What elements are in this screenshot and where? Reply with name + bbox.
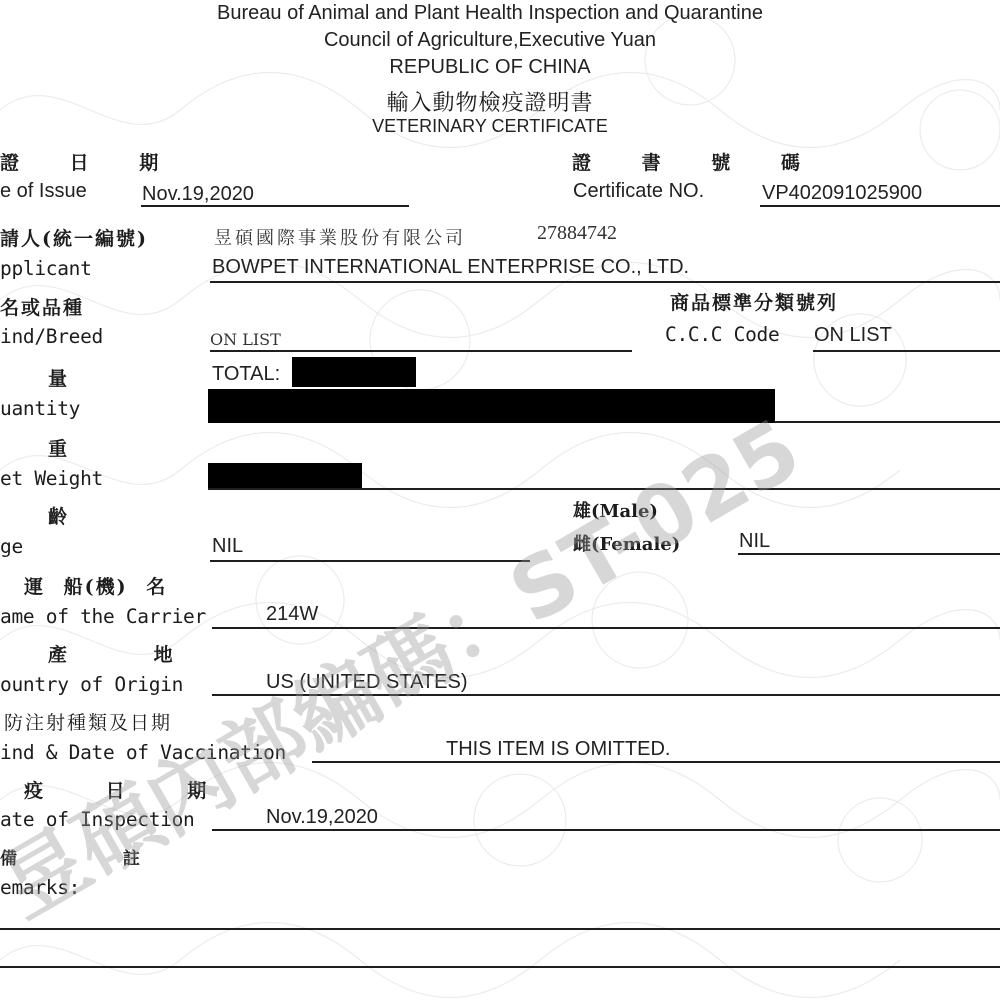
- origin-label-zh: 產 地: [48, 640, 213, 667]
- header-council: Council of Agriculture,Executive Yuan: [0, 29, 980, 52]
- origin-underline: [212, 694, 1000, 696]
- date-of-issue-value: Nov.19,2020: [142, 183, 254, 206]
- quantity-total-prefix: TOTAL:: [212, 363, 280, 386]
- vaccination-underline: [312, 761, 1000, 763]
- origin-label: ountry of Origin: [0, 673, 183, 696]
- net-weight-label-zh: 重: [48, 434, 69, 461]
- net-weight-label: et Weight: [0, 467, 103, 490]
- date-of-issue-label: e of Issue: [0, 180, 87, 203]
- quantity-label: uantity: [0, 397, 80, 420]
- inspection-date-value: Nov.19,2020: [266, 806, 378, 829]
- inspection-date-label: ate of Inspection: [0, 808, 194, 831]
- header-bureau: Bureau of Animal and Plant Health Inspec…: [0, 2, 980, 25]
- certificate-no-label-zh: 證 書 號 碼: [572, 148, 822, 175]
- applicant-tax-id: 27884742: [537, 222, 617, 245]
- carrier-label: ame of the Carrier: [0, 605, 206, 628]
- remarks-line-2: [0, 966, 1000, 968]
- applicant-label: pplicant: [0, 257, 92, 280]
- certificate-no-value: VP402091025900: [762, 182, 922, 205]
- ccc-code-underline: [813, 350, 1000, 352]
- date-of-issue-underline: [141, 205, 409, 207]
- net-weight-underline: [208, 488, 1000, 490]
- carrier-value: 214W: [266, 603, 318, 626]
- quantity-total-redaction: [292, 357, 416, 387]
- quantity-detail-redaction: [208, 389, 775, 423]
- certificate-no-label: Certificate NO.: [573, 180, 704, 203]
- inspection-date-label-zh: 疫 日 期: [24, 776, 234, 803]
- vaccination-label-zh: 防注射種類及日期: [4, 708, 172, 735]
- applicant-label-zh: 請人(統一編號): [0, 224, 148, 251]
- header-country: REPUBLIC OF CHINA: [0, 56, 980, 79]
- age-value: NIL: [212, 535, 243, 558]
- remarks-label: emarks:: [0, 876, 80, 899]
- title-english: VETERINARY CERTIFICATE: [0, 116, 980, 137]
- vaccination-label: ind & Date of Vaccination: [0, 741, 286, 764]
- applicant-underline: [210, 281, 1000, 283]
- inspection-date-underline: [212, 829, 1000, 831]
- ccc-code-label-zh: 商品標準分類號列: [670, 288, 838, 315]
- origin-value: US (UNITED STATES): [266, 671, 467, 694]
- vaccination-value: THIS ITEM IS OMITTED.: [446, 738, 670, 761]
- kind-breed-underline: [210, 350, 632, 352]
- age-underline: [210, 560, 530, 562]
- age-label-zh: 齡: [48, 502, 69, 529]
- kind-breed-label-zh: 名或品種: [0, 293, 84, 320]
- kind-breed-label: ind/Breed: [0, 325, 103, 348]
- sex-male-label: 雄(Male): [573, 497, 658, 523]
- kind-breed-value: ON LIST: [210, 330, 281, 349]
- sex-value: NIL: [739, 530, 770, 553]
- applicant-value: BOWPET INTERNATIONAL ENTERPRISE CO., LTD…: [212, 256, 689, 279]
- sex-underline: [738, 553, 1000, 555]
- age-label: ge: [0, 535, 23, 558]
- ccc-code-label: C.C.C Code: [665, 323, 779, 346]
- carrier-label-zh: 運 船(機) 名: [24, 572, 167, 599]
- quantity-label-zh: 量: [48, 364, 69, 391]
- title-chinese: 輸入動物檢疫證明書: [0, 86, 980, 117]
- date-of-issue-label-zh: 證 日 期: [0, 148, 180, 175]
- remarks-label-zh: 備 註: [0, 844, 190, 869]
- certificate-no-underline: [760, 205, 1000, 207]
- sex-female-label: 雌(Female): [573, 530, 680, 556]
- net-weight-redaction: [208, 463, 362, 488]
- applicant-name-zh: 昱碩國際事業股份有限公司: [214, 224, 466, 250]
- carrier-underline: [212, 627, 1000, 629]
- ccc-code-value: ON LIST: [814, 324, 892, 347]
- remarks-line-1: [0, 928, 1000, 930]
